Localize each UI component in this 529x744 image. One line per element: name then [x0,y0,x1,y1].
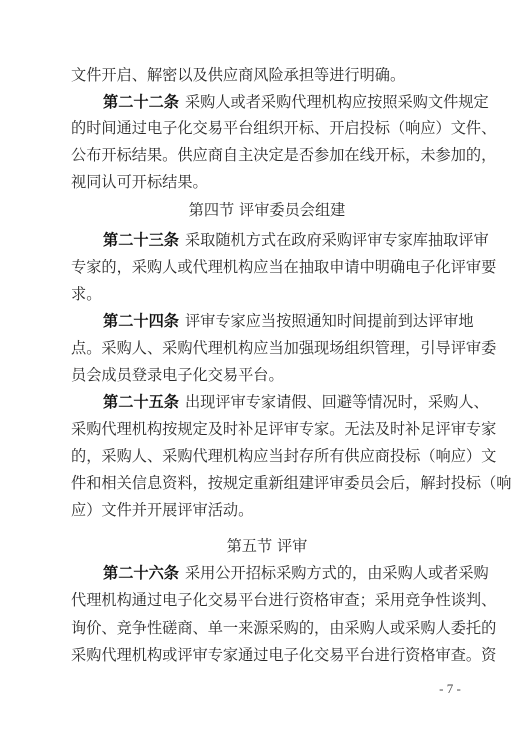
text-line: 采购代理机构按规定及时补足评审专家。无法及时补足评审专家 [71,418,463,440]
text-line: 询价、竞争性磋商、单一来源采购的，由采购人或采购人委托的 [71,617,463,639]
text-line: 的时间通过电子化交易平台组织开标、开启投标（响应）文件、 [71,117,463,139]
text-line: 视同认可开标结果。 [71,171,463,193]
article-26-line: 第二十六条采用公开招标采购方式的，由采购人或者采购 [103,562,463,584]
article-number: 第二十六条 [103,564,179,582]
text-line: 采购代理机构或评审专家通过电子化交易平台进行资格审查。资 [71,644,463,666]
page-number: - 7 - [430,681,470,697]
text-line: 件和相关信息资料，按规定重新组建评审委员会后，解封投标（响 [71,472,463,494]
section-heading: 第五节 评审 [71,535,463,557]
article-number: 第二十三条 [103,231,179,249]
article-text: 采购人或者采购代理机构应按照采购文件规定 [185,93,489,111]
text-line: 代理机构通过电子化交易平台进行资格审查；采用竞争性谈判、 [71,589,463,611]
article-number: 第二十四条 [103,312,179,330]
article-text: 出现评审专家请假、回避等情况时，采购人、 [185,393,489,411]
text-line: 员会成员登录电子化交易平台。 [71,364,463,386]
section-heading: 第四节 评审委员会组建 [71,199,463,221]
text-line: 公布开标结果。供应商自主决定是否参加在线开标，未参加的， [71,144,463,166]
article-23-line: 第二十三条采取随机方式在政府采购评审专家库抽取评审 [103,229,463,251]
article-24-line: 第二十四条评审专家应当按照通知时间提前到达评审地 [103,310,463,332]
article-number: 第二十五条 [103,393,179,411]
document-page: 文件开启、解密以及供应商风险承担等进行明确。 第二十二条采购人或者采购代理机构应… [0,0,529,744]
article-text: 采取随机方式在政府采购评审专家库抽取评审 [185,231,489,249]
text-line: 专家的，采购人或代理机构应当在抽取申请中明确电子化评审要 [71,256,463,278]
article-text: 评审专家应当按照通知时间提前到达评审地 [185,312,474,330]
text-line: 应）文件并开展评审活动。 [71,499,463,521]
text-line: 的，采购人、采购代理机构应当封存所有供应商投标（响应）文 [71,445,463,467]
article-text: 采用公开招标采购方式的，由采购人或者采购 [185,564,489,582]
article-25-line: 第二十五条出现评审专家请假、回避等情况时，采购人、 [103,391,463,413]
article-number: 第二十二条 [103,93,179,111]
text-line: 文件开启、解密以及供应商风险承担等进行明确。 [71,64,463,86]
text-line: 求。 [71,283,463,305]
article-22-line: 第二十二条采购人或者采购代理机构应按照采购文件规定 [103,91,463,113]
text-line: 点。采购人、采购代理机构应当加强现场组织管理，引导评审委 [71,337,463,359]
